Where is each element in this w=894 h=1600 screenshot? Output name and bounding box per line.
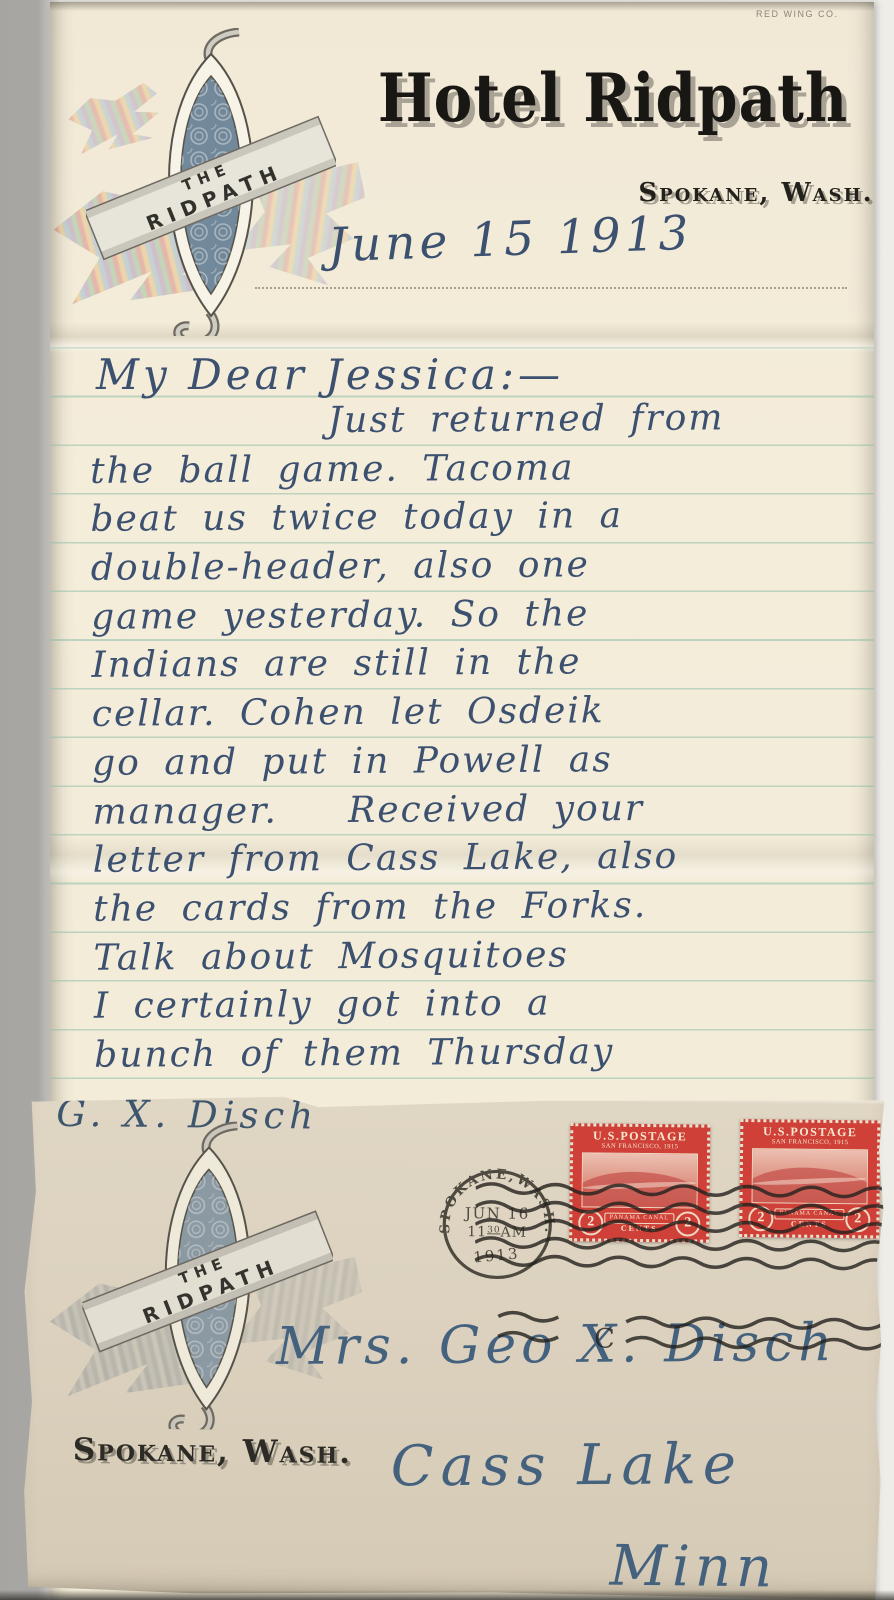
letter-line: Indians are still in the — [91, 637, 894, 691]
letterhead-city: Spokane, Wash. — [606, 178, 894, 208]
letter-line: bunch of them Thursday — [94, 1026, 894, 1080]
letter-line: beat us twice today in a — [90, 491, 894, 545]
printer-mark: RED WING CO. — [756, 9, 839, 19]
letter-line: the ball game. Tacoma — [90, 442, 894, 496]
scanned-photo: RED WING CO. — [0, 0, 894, 1600]
letter-body: Just returned from the ball game. Tacoma… — [90, 393, 894, 1080]
ridpath-badge-icon: THE RIDPATH — [86, 28, 336, 336]
letter-line: the cards from the Forks. — [93, 880, 894, 934]
letter-line: letter from Cass Lake, also — [93, 831, 894, 885]
letter-line: game yesterday. So the — [91, 588, 894, 642]
letter-line: I certainly got into a — [94, 977, 894, 1031]
paper-crease — [50, 2, 874, 11]
letter-line: cellar. Cohen let Osdeik — [92, 685, 894, 739]
letter-line: manager. Received your — [92, 783, 894, 837]
address-line: Cass Lake — [391, 1432, 744, 1499]
envelope: G. X. Disch — [21, 1092, 884, 1600]
ridpath-logo: THE RIDPATH — [81, 1120, 334, 1431]
letter-line: Talk about Mosquitoes — [93, 929, 894, 983]
scan-edge-shadow — [0, 1590, 894, 1600]
ridpath-logo: THE RIDPATH — [86, 28, 336, 336]
hotel-name: Hotel Ridpath — [348, 59, 878, 137]
svg-text:C: C — [594, 1323, 615, 1354]
salutation: My Dear Jessica:— — [96, 350, 564, 399]
cancellation-marks: C — [474, 1124, 894, 1378]
letter-line: go and put in Powell as — [92, 734, 894, 788]
handwritten-date: June 15 1913 — [327, 206, 693, 274]
ridpath-badge-icon: THE RIDPATH — [81, 1120, 334, 1431]
letter-line: Just returned from — [90, 393, 894, 447]
date-rule-line — [255, 287, 847, 289]
letter-line: double-header, also one — [91, 539, 894, 593]
envelope-city-imprint: Spokane, Wash. — [73, 1432, 353, 1471]
